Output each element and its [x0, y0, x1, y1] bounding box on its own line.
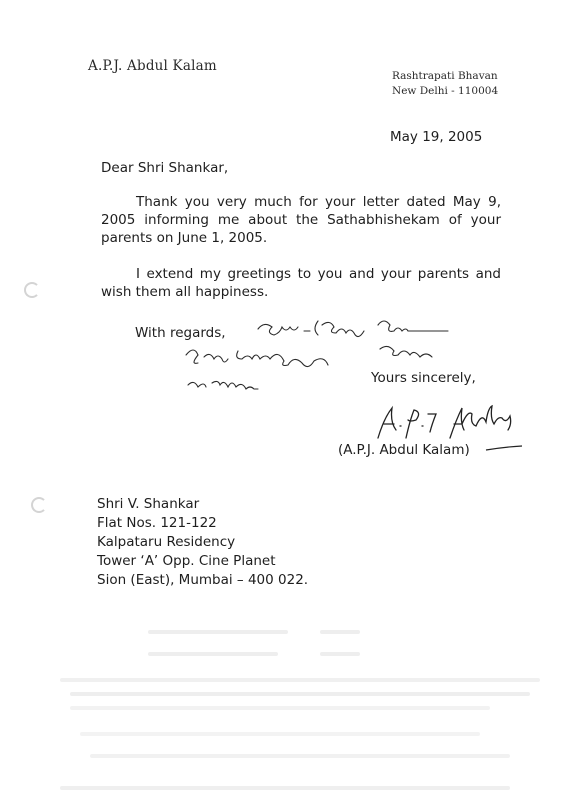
recipient-line: Shri V. Shankar: [97, 495, 308, 514]
letterhead-address-line2: New Delhi - 110004: [392, 84, 498, 99]
signature-underline: [486, 444, 526, 454]
salutation: Dear Shri Shankar,: [101, 159, 228, 177]
letterhead-sender-name: A.P.J. Abdul Kalam: [88, 58, 217, 74]
signature: [370, 404, 530, 444]
recipient-line: Kalpataru Residency: [97, 533, 308, 552]
body-paragraph-1: Thank you very much for your letter date…: [101, 193, 501, 247]
paragraph-2-text: I extend my greetings to you and your pa…: [101, 266, 501, 300]
punch-hole-mark: [24, 282, 40, 298]
punch-hole-mark: [31, 497, 47, 513]
closing-sincerely: Yours sincerely,: [371, 369, 476, 387]
paragraph-1-text: Thank you very much for your letter date…: [101, 194, 501, 246]
letterhead-address-line1: Rashtrapati Bhavan: [392, 69, 498, 84]
typed-signatory-name: (A.P.J. Abdul Kalam): [338, 441, 470, 459]
recipient-line: Sion (East), Mumbai – 400 022.: [97, 571, 308, 590]
body-paragraph-2: I extend my greetings to you and your pa…: [101, 265, 501, 301]
recipient-line: Flat Nos. 121-122: [97, 514, 308, 533]
recipient-address: Shri V. Shankar Flat Nos. 121-122 Kalpat…: [97, 495, 308, 590]
letterhead-address: Rashtrapati Bhavan New Delhi - 110004: [392, 69, 498, 99]
recipient-line: Tower ‘A’ Opp. Cine Planet: [97, 552, 308, 571]
letter-date: May 19, 2005: [390, 128, 482, 146]
